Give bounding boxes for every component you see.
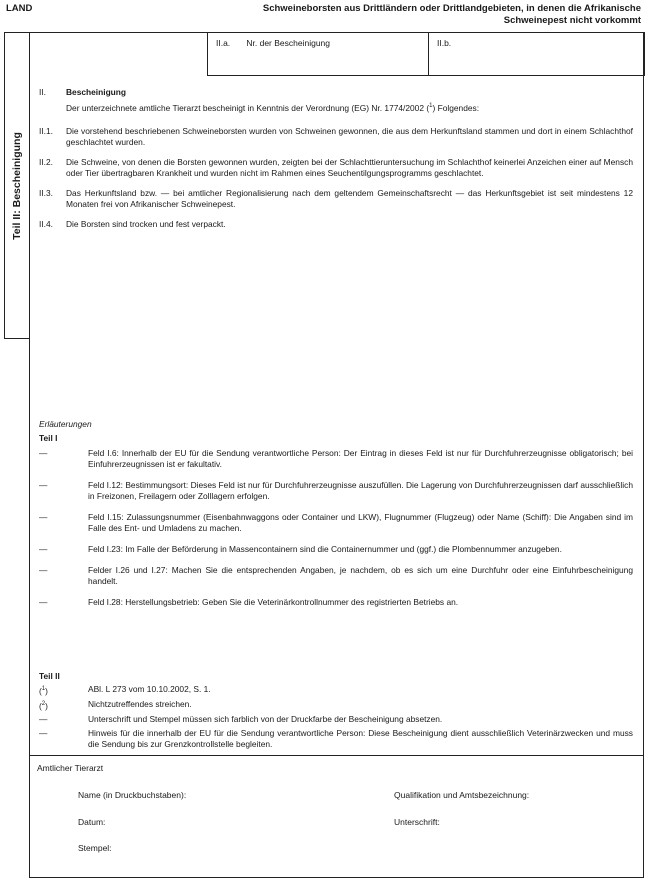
certificate-main-box: II.a. Nr. der Bescheinigung II.b. II. Be… xyxy=(29,32,644,878)
certificate-number-box: II.a. Nr. der Bescheinigung II.b. xyxy=(207,32,645,76)
side-column: Teil II: Bescheinigung xyxy=(4,32,29,339)
field-II-a-label: Nr. der Bescheinigung xyxy=(246,38,330,48)
document-title: Schweineborsten aus Drittländern oder Dr… xyxy=(211,3,641,27)
qualification-field[interactable]: Qualifikation und Amtsbezeichnung: xyxy=(394,790,529,800)
stamp-field[interactable]: Stempel: xyxy=(78,843,112,853)
signature-title: Amtlicher Tierarzt xyxy=(37,763,103,773)
note-item: —Feld I.15: Zulassungsnummer (Eisenbahnw… xyxy=(30,512,643,535)
name-field[interactable]: Name (in Druckbuchstaben): xyxy=(78,790,186,800)
part2-heading: Teil II xyxy=(39,671,633,682)
field-II-a[interactable]: II.a. Nr. der Bescheinigung xyxy=(208,33,429,75)
note-item: —Felder I.26 und I.27: Machen Sie die en… xyxy=(30,565,643,588)
section-divider xyxy=(30,755,643,756)
side-label: Teil II: Bescheinigung xyxy=(11,132,23,240)
note-item: —Feld I.6: Innerhalb der EU für die Send… xyxy=(30,448,643,471)
note-item: —Feld I.28: Herstellungsbetrieb: Geben S… xyxy=(30,597,643,608)
note-item: —Feld I.12: Bestimmungsort: Dieses Feld … xyxy=(30,480,643,503)
footnote-marker: (1) xyxy=(39,684,88,697)
certification-item: II.4. Die Borsten sind trocken und fest … xyxy=(30,219,643,230)
section-number: II. xyxy=(39,87,66,98)
certification-item: II.3. Das Herkunftsland bzw. — bei amtli… xyxy=(30,188,643,211)
field-II-b-code: II.b. xyxy=(437,38,465,48)
country-label: LAND xyxy=(6,3,32,14)
footnote-marker: (2) xyxy=(39,699,88,712)
date-field[interactable]: Datum: xyxy=(78,817,105,827)
part2-block: Teil II (1)ABl. L 273 vom 10.10.2002, S.… xyxy=(30,671,643,750)
certification-section: II. Bescheinigung Der unterzeichnete amt… xyxy=(30,87,643,114)
field-II-a-code: II.a. xyxy=(216,38,244,48)
part1-heading: Teil I xyxy=(39,433,633,444)
field-II-b[interactable]: II.b. xyxy=(429,33,644,75)
certification-intro: Der unterzeichnete amtliche Tierarzt bes… xyxy=(66,101,633,114)
notes-heading-block: Erläuterungen Teil I xyxy=(30,419,643,445)
certification-item: II.2. Die Schweine, von denen die Borste… xyxy=(30,157,643,180)
certification-item: II.1. Die vorstehend beschriebenen Schwe… xyxy=(30,126,643,149)
signature-field[interactable]: Unterschrift: xyxy=(394,817,440,827)
notes-heading: Erläuterungen xyxy=(39,419,633,430)
note-item: —Feld I.23: Im Falle der Beförderung in … xyxy=(30,544,643,555)
section-heading: Bescheinigung xyxy=(66,87,633,98)
